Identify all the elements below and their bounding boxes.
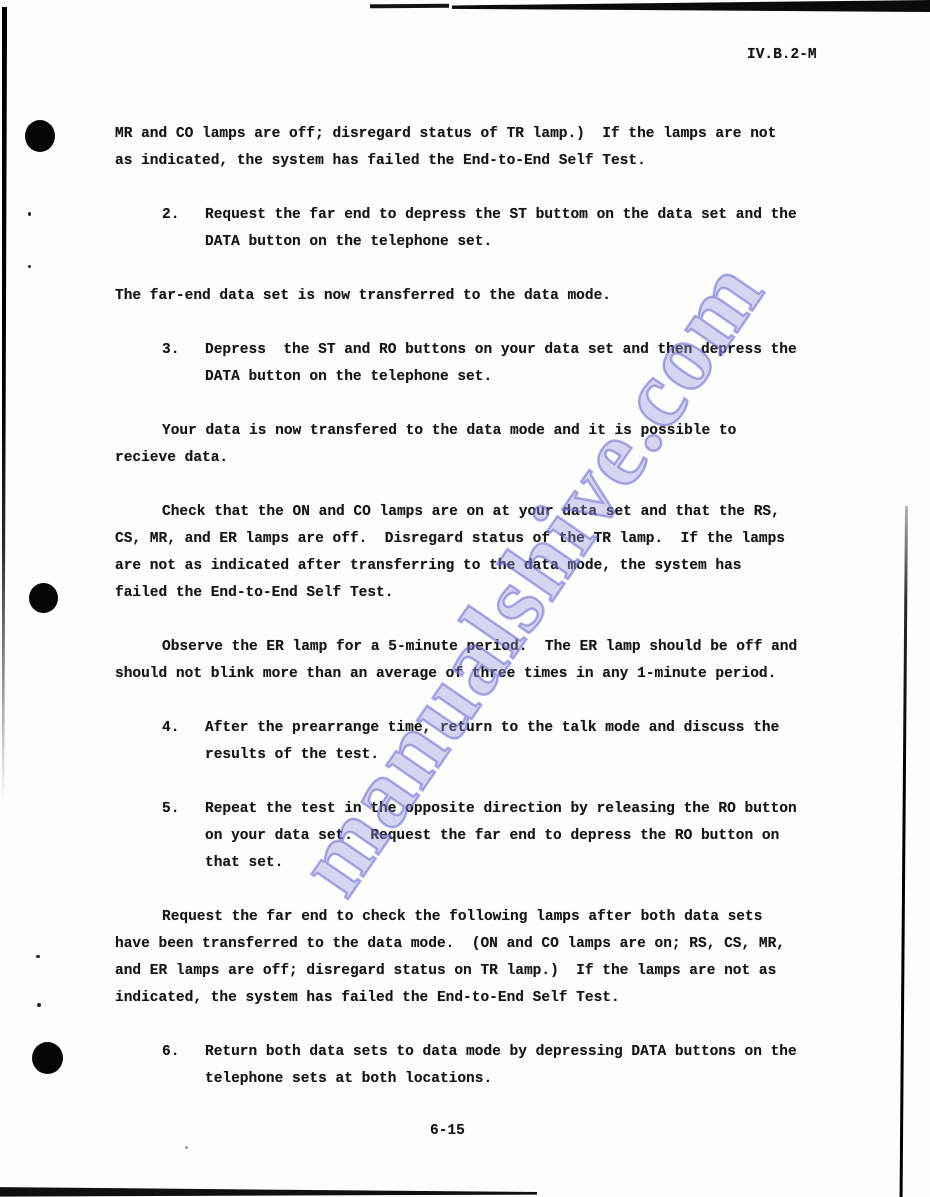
- text-line: results of the test.: [205, 742, 825, 769]
- list-item: 2.Request the far end to depress the ST …: [115, 202, 825, 256]
- list-item-number: 6.: [162, 1039, 179, 1066]
- body-text: MR and CO lamps are off; disregard statu…: [115, 121, 825, 1120]
- scan-right-edge-line: [900, 506, 908, 1197]
- text-line: have been transferred to the data mode. …: [115, 931, 825, 958]
- list-item: 4.After the prearrange time, return to t…: [115, 715, 825, 769]
- hole-punch-dot: [32, 1042, 63, 1074]
- list-item-number: 4.: [162, 715, 179, 742]
- scan-top-bar-long: [452, 0, 930, 13]
- text-line: Return both data sets to data mode by de…: [205, 1039, 825, 1066]
- text-line: Repeat the test in the opposite directio…: [205, 796, 825, 823]
- scan-bottom-bar: [0, 1186, 537, 1197]
- list-item-number: 2.: [162, 202, 179, 229]
- text-line: After the prearrange time, return to the…: [205, 715, 825, 742]
- text-line: telephone sets at both locations.: [205, 1066, 825, 1093]
- text-line: Observe the ER lamp for a 5-minute perio…: [115, 634, 825, 661]
- scan-top-bar-short: [370, 4, 449, 8]
- text-line: Depress the ST and RO buttons on your da…: [205, 337, 825, 364]
- text-line: The far-end data set is now transferred …: [115, 283, 825, 310]
- scan-speckle: [37, 1003, 41, 1007]
- text-line: MR and CO lamps are off; disregard statu…: [115, 121, 825, 148]
- paragraph: Your data is now transfered to the data …: [115, 418, 825, 472]
- text-line: DATA button on the telephone set.: [205, 364, 825, 391]
- list-item: 5.Repeat the test in the opposite direct…: [115, 796, 825, 877]
- page-number: 6-15: [430, 1118, 465, 1145]
- text-line: failed the End-to-End Self Test.: [115, 580, 825, 607]
- text-line: on your data set. Request the far end to…: [205, 823, 825, 850]
- paragraph: Check that the ON and CO lamps are on at…: [115, 499, 825, 607]
- text-line: DATA button on the telephone set.: [205, 229, 825, 256]
- text-line: indicated, the system has failed the End…: [115, 985, 825, 1012]
- paragraph: Request the far end to check the followi…: [115, 904, 825, 1012]
- list-item: 6.Return both data sets to data mode by …: [115, 1039, 825, 1093]
- text-line: recieve data.: [115, 445, 825, 472]
- scan-speckle: [36, 955, 40, 958]
- list-item-number: 3.: [162, 337, 179, 364]
- scan-left-edge-line: [2, 7, 7, 802]
- text-line: are not as indicated after transferring …: [115, 553, 825, 580]
- hole-punch-dot: [25, 120, 55, 152]
- text-line: Request the far end to depress the ST bu…: [205, 202, 825, 229]
- text-line: as indicated, the system has failed the …: [115, 148, 825, 175]
- text-line: that set.: [205, 850, 825, 877]
- scan-page: { "page": { "header_ref": "IV.B.2-M", "p…: [0, 0, 930, 1197]
- scan-speckle: [28, 212, 31, 216]
- list-item-number: 5.: [162, 796, 179, 823]
- hole-punch-dot: [29, 583, 58, 613]
- paragraph: The far-end data set is now transferred …: [115, 283, 825, 310]
- text-line: and ER lamps are off; disregard status o…: [115, 958, 825, 985]
- scan-speckle: [185, 1146, 188, 1149]
- text-line: Check that the ON and CO lamps are on at…: [115, 499, 825, 526]
- paragraph: MR and CO lamps are off; disregard statu…: [115, 121, 825, 175]
- text-line: Request the far end to check the followi…: [115, 904, 825, 931]
- text-line: CS, MR, and ER lamps are off. Disregard …: [115, 526, 825, 553]
- text-line: Your data is now transfered to the data …: [115, 418, 825, 445]
- header-reference: IV.B.2-M: [747, 42, 817, 69]
- scan-speckle: [28, 265, 31, 268]
- list-item: 3.Depress the ST and RO buttons on your …: [115, 337, 825, 391]
- paragraph: Observe the ER lamp for a 5-minute perio…: [115, 634, 825, 688]
- text-line: should not blink more than an average of…: [115, 661, 825, 688]
